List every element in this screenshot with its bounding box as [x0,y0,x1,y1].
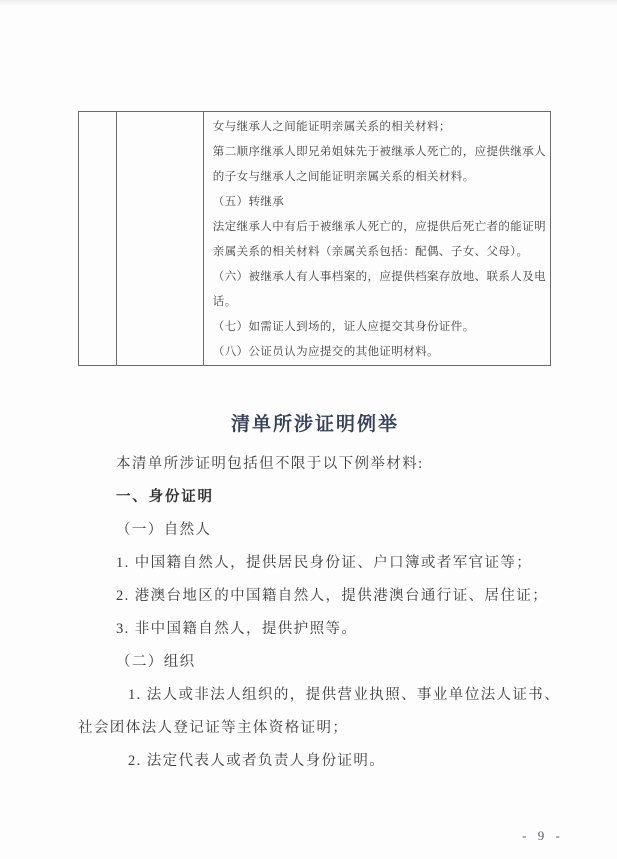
examples-section: 清单所涉证明例举 本清单所涉证明包括但不限于以下例举材料: 一、身份证明 （一）… [78,408,552,778]
table-text-line: （五）转继承 [213,190,546,215]
subsection-title-identity: 一、身份证明 [78,481,552,514]
inheritance-materials-table: 女与继承人之间能证明亲属关系的相关材料； 第二顺序继承人即兄弟姐妹先于被继承人死… [78,111,551,366]
table-text-line: 法定继承人中有后于被继承人死亡的，应提供后死亡者的能证明 [213,215,546,240]
table-text-line: 话。 [213,290,546,315]
body-line-natural-person: （一）自然人 [78,514,552,547]
page-number: - 9 - [508,828,578,844]
body-line-item-3: 3. 非中国籍自然人，提供护照等。 [78,613,552,646]
document-page: 女与继承人之间能证明亲属关系的相关材料； 第二顺序继承人即兄弟姐妹先于被继承人死… [0,0,617,859]
table-text-line: （七）如需证人到场的，证人应提交其身份证件。 [213,315,546,340]
section-heading: 清单所涉证明例举 [78,408,552,442]
body-line-org-item-2: 2. 法定代表人或者负责人身份证明。 [78,745,552,778]
table-text-line: （六）被继承人有人事档案的，应提供档案存放地、联系人及电 [213,265,546,290]
body-line-item-1: 1. 中国籍自然人，提供居民身份证、户口簿或者军官证等； [78,547,552,580]
body-line-organization: （二）组织 [78,646,552,679]
table-text-line: 女与继承人之间能证明亲属关系的相关材料； [213,115,546,140]
table-empty-column-2 [117,112,204,365]
table-text-line: 亲属关系的相关材料（亲属关系包括：配偶、子女、父母）。 [213,240,546,265]
section-intro-line: 本清单所涉证明包括但不限于以下例举材料: [78,448,552,481]
table-materials-cell: 女与继承人之间能证明亲属关系的相关材料； 第二顺序继承人即兄弟姐妹先于被继承人死… [204,112,550,365]
table-text-line: 的子女与继承人之间能证明亲属关系的相关材料。 [213,165,546,190]
body-line-org-item-1: 1. 法人或非法人组织的，提供营业执照、事业单位法人证书、 [78,679,552,712]
table-text-line: 第二顺序继承人即兄弟姐妹先于被继承人死亡的，应提供继承人 [213,140,546,165]
body-line-item-2: 2. 港澳台地区的中国籍自然人，提供港澳台通行证、居住证； [78,580,552,613]
table-empty-column-1 [79,112,117,365]
table-text-line: （八）公证员认为应提交的其他证明材料。 [213,340,546,365]
body-line-org-item-1-wrap: 社会团体法人登记证等主体资格证明； [78,712,552,745]
